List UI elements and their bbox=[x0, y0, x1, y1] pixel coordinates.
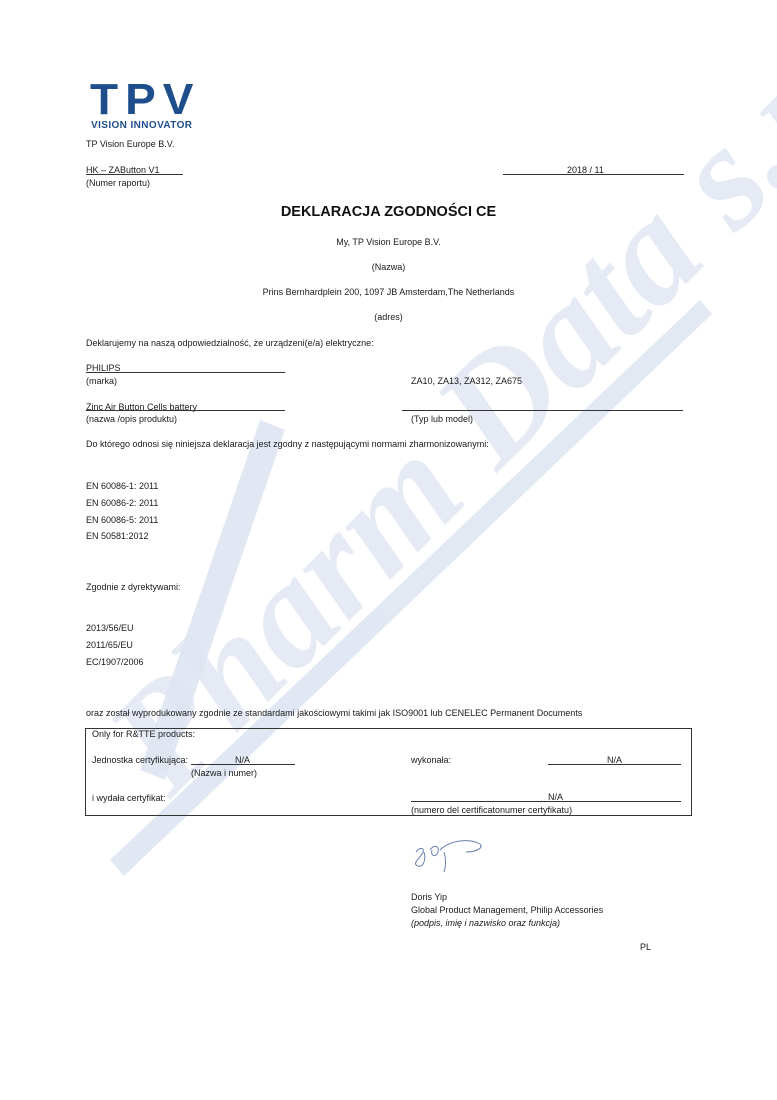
standard-item: EN 60086-1: 2011 bbox=[86, 481, 158, 491]
rtte-heading: Only for R&TTE products: bbox=[92, 729, 195, 739]
performed-label: wykonała: bbox=[411, 755, 451, 765]
cert-number-underline bbox=[411, 801, 681, 802]
signature-icon bbox=[410, 838, 490, 874]
issued-label: i wydała certyfikat: bbox=[92, 793, 166, 803]
model-underline bbox=[402, 410, 683, 411]
standard-item: EN 60086-2: 2011 bbox=[86, 498, 158, 508]
standard-item: EN 50581:2012 bbox=[86, 531, 149, 541]
report-number-label: (Numer raportu) bbox=[86, 178, 150, 188]
language-code: PL bbox=[640, 942, 651, 952]
declaration-intro: Deklarujemy na naszą odpowiedzialność, ż… bbox=[86, 338, 374, 348]
cert-body-sublabel: (Nazwa i numer) bbox=[191, 768, 257, 778]
report-date: 2018 / 11 bbox=[567, 165, 604, 175]
cert-body-value: N/A bbox=[235, 755, 250, 765]
directive-item: EC/1907/2006 bbox=[86, 657, 144, 667]
product-brand-label: (marka) bbox=[86, 376, 117, 386]
directive-item: 2011/65/EU bbox=[86, 640, 133, 650]
cert-number-value: N/A bbox=[548, 792, 563, 802]
directive-item: 2013/56/EU bbox=[86, 623, 134, 633]
cert-number-label: (numero del certificatonumer certyfikatu… bbox=[411, 805, 572, 815]
cert-body-label: Jednostka certyfikująca: bbox=[92, 755, 188, 765]
brand-underline bbox=[86, 372, 285, 373]
report-number-underline bbox=[86, 174, 183, 175]
standard-item: EN 60086-5: 2011 bbox=[86, 515, 158, 525]
product-description-label: (nazwa /opis produktu) bbox=[86, 414, 177, 424]
signatory-function: Global Product Management, Philip Access… bbox=[411, 905, 603, 915]
signatory-name: Doris Yip bbox=[411, 892, 447, 902]
standards-intro: Do którego odnosi się niniejsza deklarac… bbox=[86, 439, 489, 449]
declarant-name: My, TP Vision Europe B.V. bbox=[0, 237, 777, 247]
product-model-label: (Typ lub model) bbox=[411, 414, 473, 424]
tpv-logo-tagline: VISION INNOVATOR bbox=[91, 120, 192, 131]
rtte-box bbox=[85, 728, 692, 816]
company-name: TP Vision Europe B.V. bbox=[86, 139, 174, 149]
quality-statement: oraz został wyprodukowany zgodnie ze sta… bbox=[86, 708, 582, 718]
tpv-logo: TPV bbox=[90, 77, 200, 121]
signature-caption-text: (podpis, imię i nazwisko oraz funkcja) bbox=[411, 918, 560, 928]
performed-value: N/A bbox=[607, 755, 622, 765]
signature-caption: (podpis, imię i nazwisko oraz funkcja) bbox=[411, 918, 560, 928]
declarant-address: Prins Bernhardplein 200, 1097 JB Amsterd… bbox=[0, 287, 777, 297]
declarant-address-label: (adres) bbox=[0, 312, 777, 322]
declarant-name-label: (Nazwa) bbox=[0, 262, 777, 272]
description-underline bbox=[86, 410, 285, 411]
product-models: ZA10, ZA13, ZA312, ZA675 bbox=[411, 376, 522, 386]
directives-intro: Zgodnie z dyrektywami: bbox=[86, 582, 181, 592]
document-title: DEKLARACJA ZGODNOŚCI CE bbox=[0, 204, 777, 220]
